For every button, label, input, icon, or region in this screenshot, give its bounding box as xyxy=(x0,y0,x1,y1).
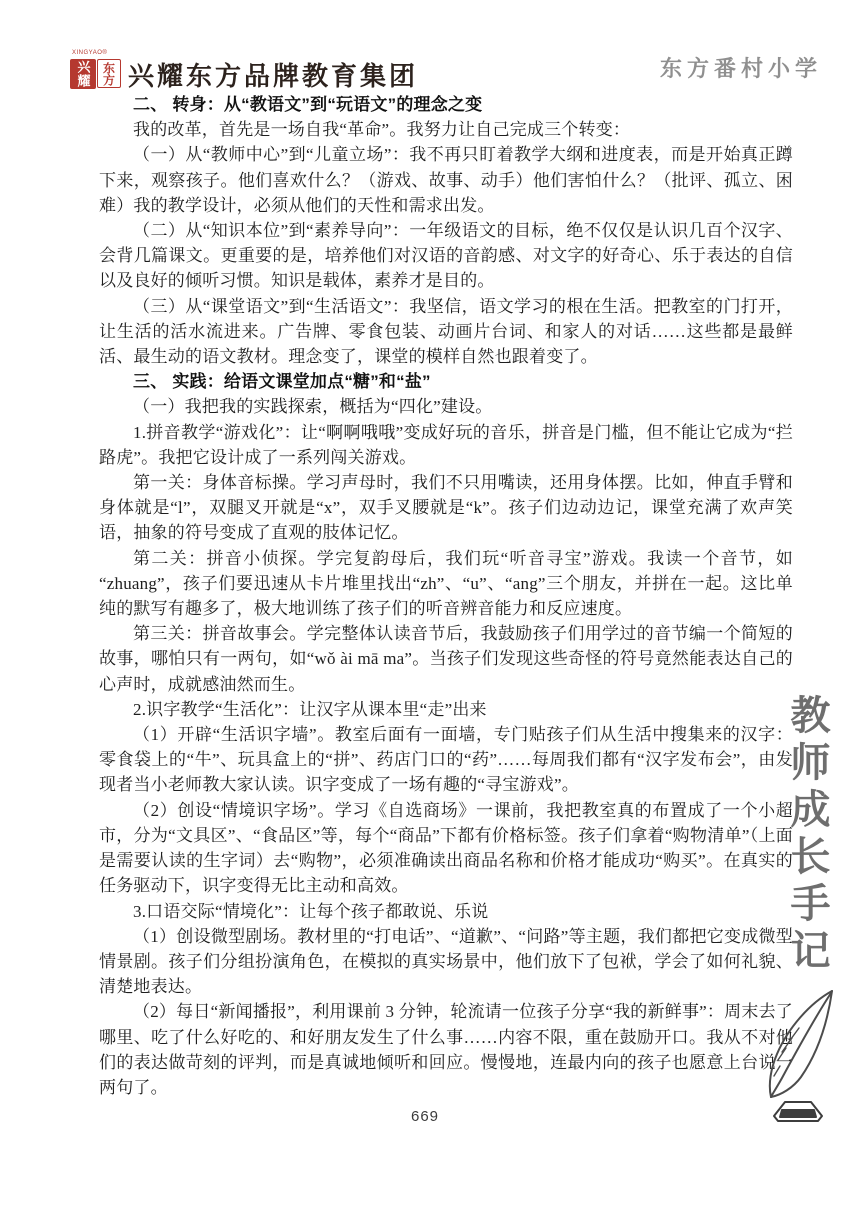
quill-ink-icon xyxy=(752,986,844,1128)
section-heading: 二、 转身：从“教语文”到“玩语文”的理念之变 xyxy=(99,92,793,117)
paragraph: （1）开辟“生活识字墙”。教室后面有一面墙，专门贴孩子们从生活中搜集来的汉字：零… xyxy=(99,722,793,798)
document-page: XINGYAO® 兴耀 东方 兴耀东方品牌教育集团 东方番村小学 二、 转身：从… xyxy=(0,0,850,1205)
brand-block: XINGYAO® 兴耀 东方 兴耀东方品牌教育集团 xyxy=(70,50,418,92)
paragraph: 2.识字教学“生活化”：让汉字从课本里“走”出来 xyxy=(99,697,793,722)
page-footer: 669 xyxy=(0,1108,850,1126)
seal-icon: 兴耀 东方 xyxy=(70,59,121,89)
section-heading: 三、 实践：给语文课堂加点“糖”和“盐” xyxy=(99,369,793,394)
vertical-watermark-text: 教师成长手记 xyxy=(780,694,834,980)
page-header: XINGYAO® 兴耀 东方 兴耀东方品牌教育集团 东方番村小学 xyxy=(0,0,850,96)
paragraph: （一）从“教师中心”到“儿童立场”：我不再只盯着教学大纲和进度表，而是开始真正蹲… xyxy=(99,142,793,218)
company-name: 兴耀东方品牌教育集团 xyxy=(128,64,418,92)
paragraph: 第一关：身体音标操。学习声母时，我们不只用嘴读，还用身体摆。比如，伸直手臂和身体… xyxy=(99,470,793,546)
paragraph: 3.口语交际“情境化”：让每个孩子都敢说、乐说 xyxy=(99,899,793,924)
page-number: 669 xyxy=(411,1108,439,1125)
paragraph: （1）创设微型剧场。教材里的“打电话”、“道歉”、“问路”等主题，我们都把它变成… xyxy=(99,924,793,1000)
document-body: 二、 转身：从“教语文”到“玩语文”的理念之变我的改革，首先是一场自我“革命”。… xyxy=(99,92,793,1100)
seal-right-characters: 东方 xyxy=(97,59,121,88)
paragraph: 1.拼音教学“游戏化”：让“啊啊哦哦”变成好玩的音乐，拼音是门槛，但不能让它成为… xyxy=(99,420,793,470)
paragraph: （二）从“知识本位”到“素养导向”：一年级语文的目标，绝不仅仅是认识几百个汉字、… xyxy=(99,218,793,294)
paragraph: （三）从“课堂语文”到“生活语文”：我坚信，语文学习的根在生活。把教室的门打开，… xyxy=(99,294,793,370)
seal-left-characters: 兴耀 xyxy=(70,59,96,89)
brand-seal-logo: XINGYAO® 兴耀 东方 xyxy=(70,50,120,92)
paragraph: 第三关：拼音故事会。学完整体认读音节后，我鼓励孩子们用学过的音节编一个简短的故事… xyxy=(99,621,793,697)
paragraph: （2）创设“情境识字场”。学习《自选商场》一课前，我把教室真的布置成了一个小超市… xyxy=(99,798,793,899)
paragraph: 第二关：拼音小侦探。学完复韵母后，我们玩“听音寻宝”游戏。我读一个音节，如“zh… xyxy=(99,546,793,622)
paragraph: 我的改革，首先是一场自我“革命”。我努力让自己完成三个转变： xyxy=(99,117,793,142)
school-name: 东方番村小学 xyxy=(660,58,822,80)
paragraph: （一）我把我的实践探索，概括为“四化”建设。 xyxy=(99,394,793,419)
seal-tiny-text: XINGYAO® xyxy=(72,50,107,56)
paragraph: （2）每日“新闻播报”，利用课前 3 分钟，轮流请一位孩子分享“我的新鲜事”：周… xyxy=(99,999,793,1100)
